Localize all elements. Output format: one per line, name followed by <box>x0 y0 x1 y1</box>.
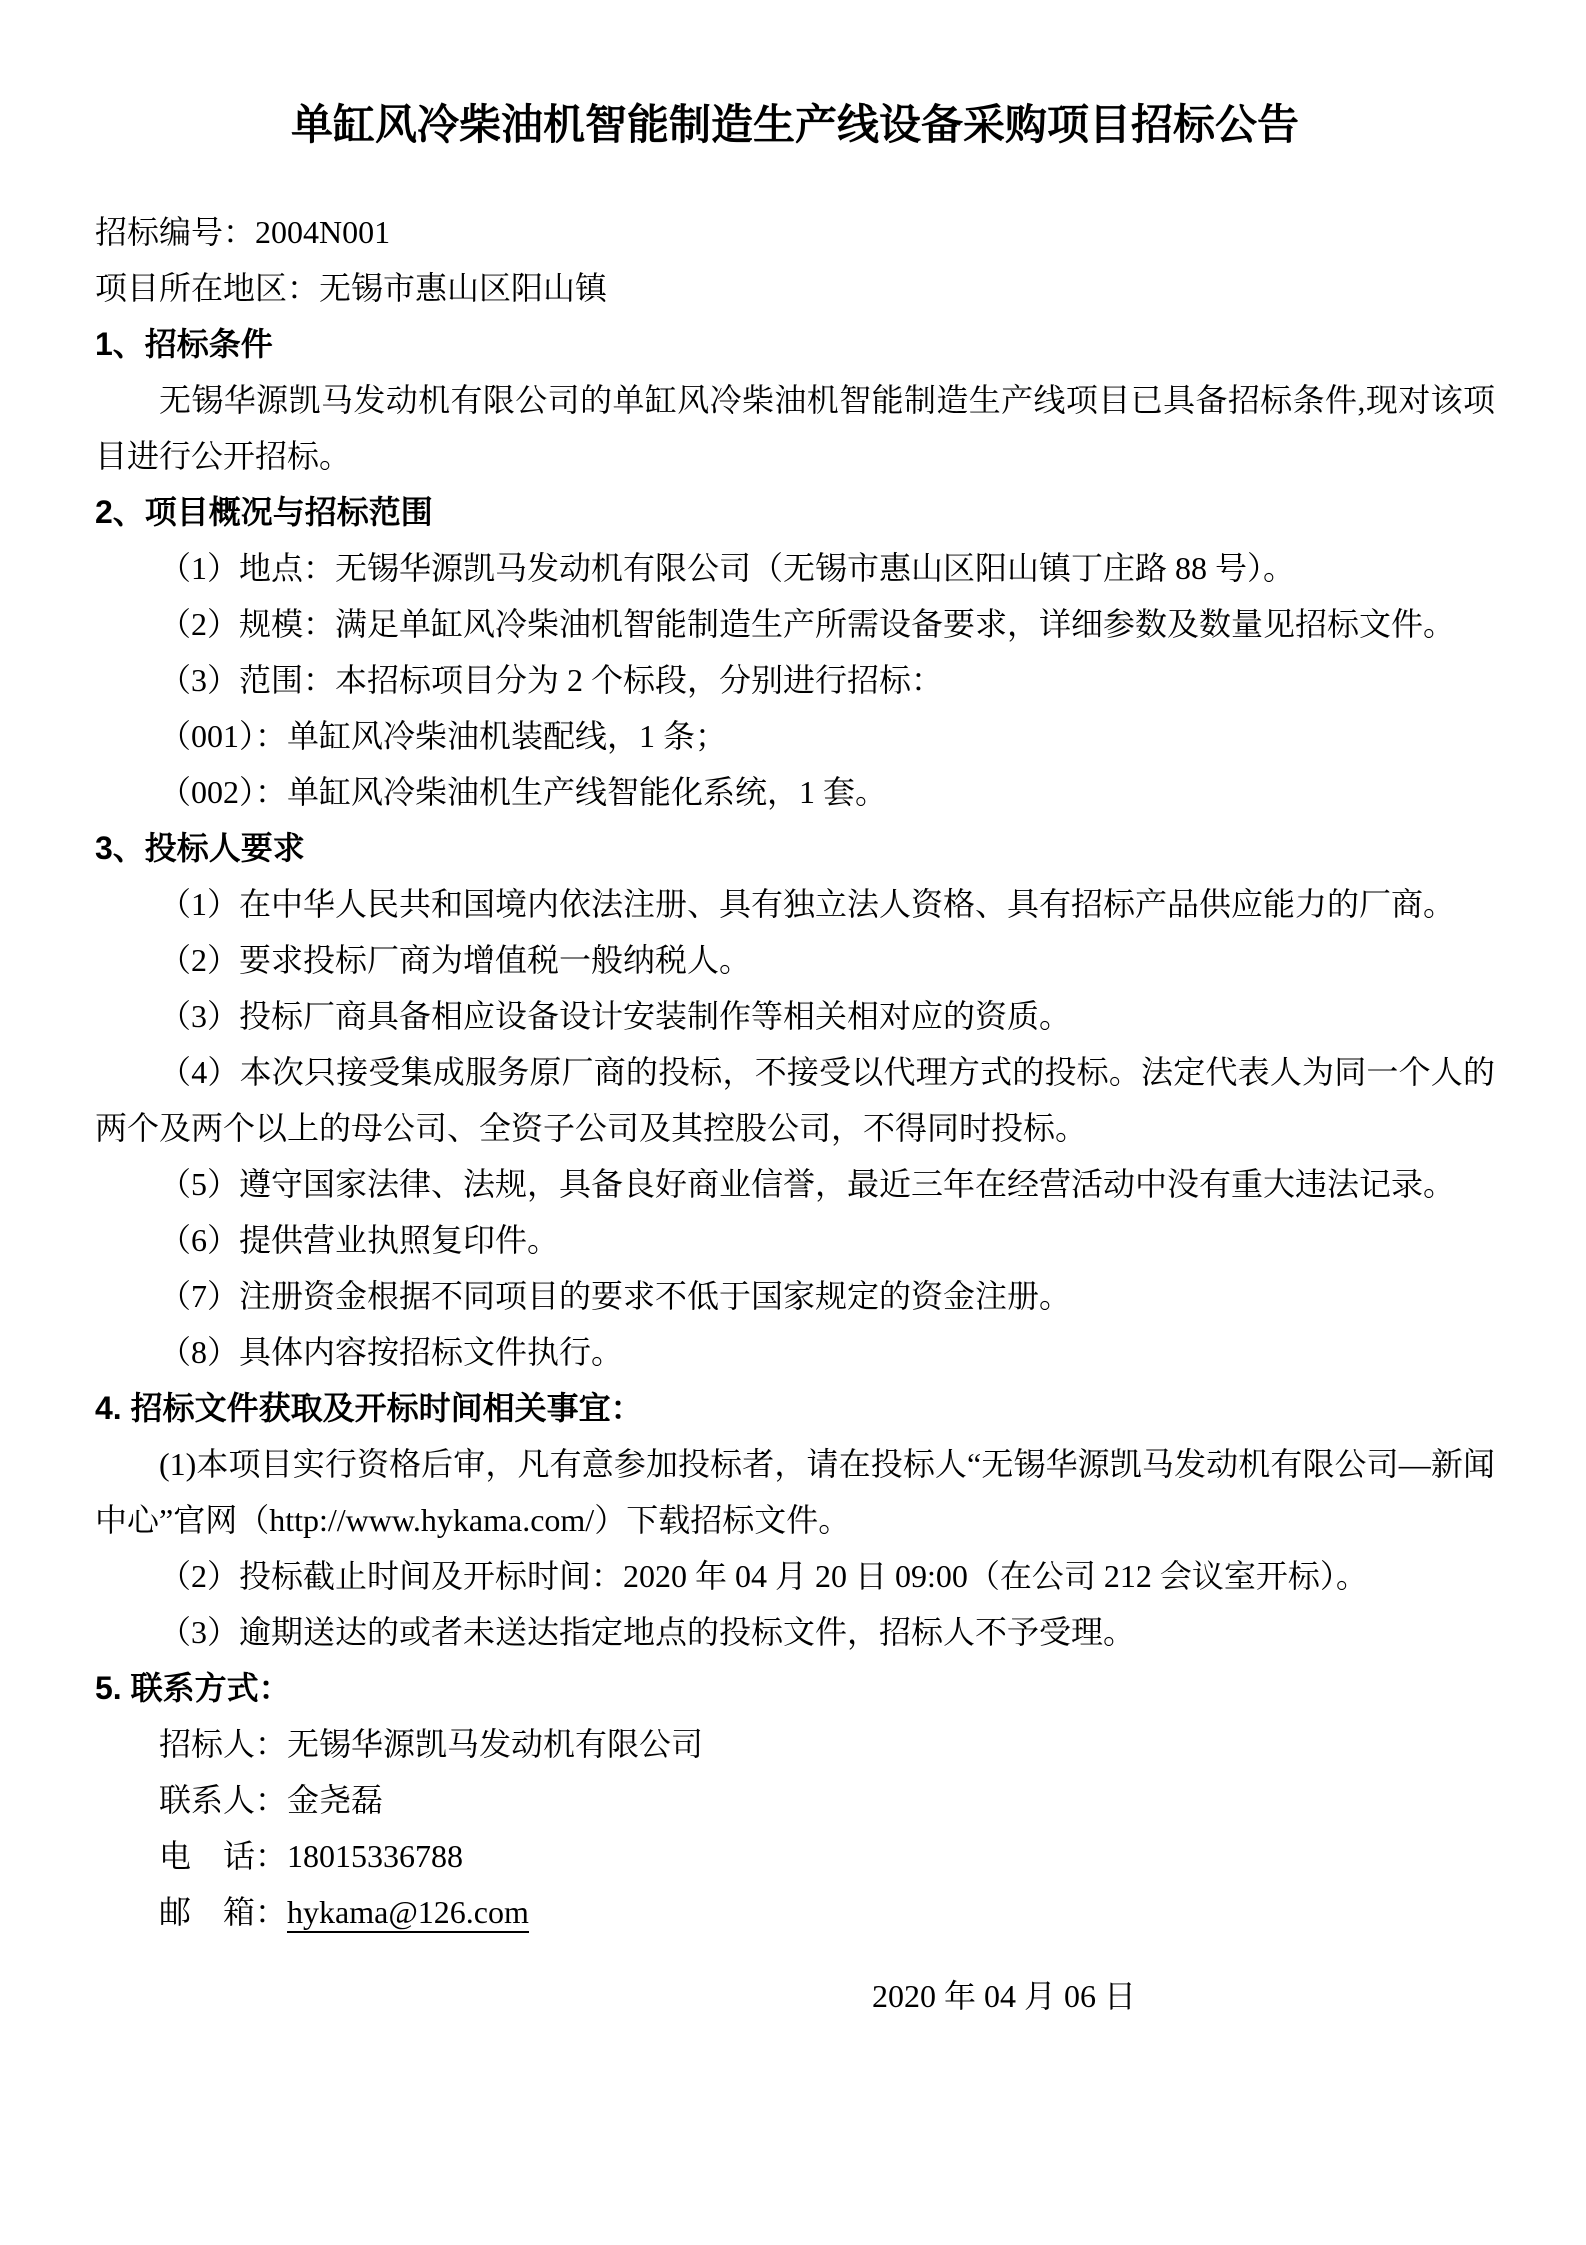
section4-item-2: （2）投标截止时间及开标时间：2020 年 04 月 20 日 09:00（在公… <box>95 1548 1495 1604</box>
bid-number-line: 招标编号：2004N001 <box>95 204 1495 260</box>
email-line: 邮 箱：hykama@126.com <box>95 1884 1495 1940</box>
section3-item-7: （7）注册资金根据不同项目的要求不低于国家规定的资金注册。 <box>95 1268 1495 1324</box>
contact-person-line: 联系人：金尧磊 <box>95 1772 1495 1828</box>
section3-item-1: （1）在中华人民共和国境内依法注册、具有独立法人资格、具有招标产品供应能力的厂商… <box>95 876 1495 932</box>
section1-heading: 1、招标条件 <box>95 316 1495 372</box>
section3-item-2: （2）要求投标厂商为增值税一般纳税人。 <box>95 932 1495 988</box>
bidder-line: 招标人：无锡华源凯马发动机有限公司 <box>95 1716 1495 1772</box>
section2-item-3: （3）范围：本招标项目分为 2 个标段，分别进行招标： <box>95 652 1495 708</box>
section5-heading: 5. 联系方式： <box>95 1660 1495 1716</box>
section3-item-3: （3）投标厂商具备相应设备设计安装制作等相关相对应的资质。 <box>95 988 1495 1044</box>
section3-item-4: （4）本次只接受集成服务原厂商的投标，不接受以代理方式的投标。法定代表人为同一个… <box>95 1044 1495 1156</box>
phone-number: 18015336788 <box>287 1838 463 1874</box>
section4-heading: 4. 招标文件获取及开标时间相关事宜： <box>95 1380 1495 1436</box>
section2-lot-002: （002）：单缸风冷柴油机生产线智能化系统，1 套。 <box>95 764 1495 820</box>
section2-item-2: （2）规模：满足单缸风冷柴油机智能制造生产所需设备要求，详细参数及数量见招标文件… <box>95 596 1495 652</box>
section3-item-5: （5）遵守国家法律、法规，具备良好商业信誉，最近三年在经营活动中没有重大违法记录… <box>95 1156 1495 1212</box>
document-body: { "document": { "title": "单缸风冷柴油机智能制造生产线… <box>0 0 1586 2245</box>
section4-item-3: （3）逾期送达的或者未送达指定地点的投标文件，招标人不予受理。 <box>95 1604 1495 1660</box>
page-title: 单缸风冷柴油机智能制造生产线设备采购项目招标公告 <box>95 100 1495 150</box>
email-label: 邮 箱： <box>159 1894 287 1930</box>
section2-heading: 2、项目概况与招标范围 <box>95 484 1495 540</box>
phone-line: 电 话：18015336788 <box>95 1828 1495 1884</box>
section3-heading: 3、投标人要求 <box>95 820 1495 876</box>
section4-item-1: (1)本项目实行资格后审，凡有意参加投标者，请在投标人“无锡华源凯马发动机有限公… <box>95 1436 1495 1548</box>
section3-item-8: （8）具体内容按招标文件执行。 <box>95 1324 1495 1380</box>
email-link[interactable]: hykama@126.com <box>287 1894 529 1933</box>
section2-lot-001: （001）：单缸风冷柴油机装配线，1 条； <box>95 708 1495 764</box>
tender-announcement-page: 单缸风冷柴油机智能制造生产线设备采购项目招标公告 招标编号：2004N001 项… <box>0 0 1586 2245</box>
announcement-date: 2020 年 04 月 06 日 <box>872 1968 1495 2024</box>
section2-item-1: （1）地点：无锡华源凯马发动机有限公司（无锡市惠山区阳山镇丁庄路 88 号）。 <box>95 540 1495 596</box>
phone-label: 电 话： <box>159 1838 287 1874</box>
section3-item-6: （6）提供营业执照复印件。 <box>95 1212 1495 1268</box>
region-line: 项目所在地区：无锡市惠山区阳山镇 <box>95 260 1495 316</box>
section1-paragraph: 无锡华源凯马发动机有限公司的单缸风冷柴油机智能制造生产线项目已具备招标条件,现对… <box>95 372 1495 484</box>
